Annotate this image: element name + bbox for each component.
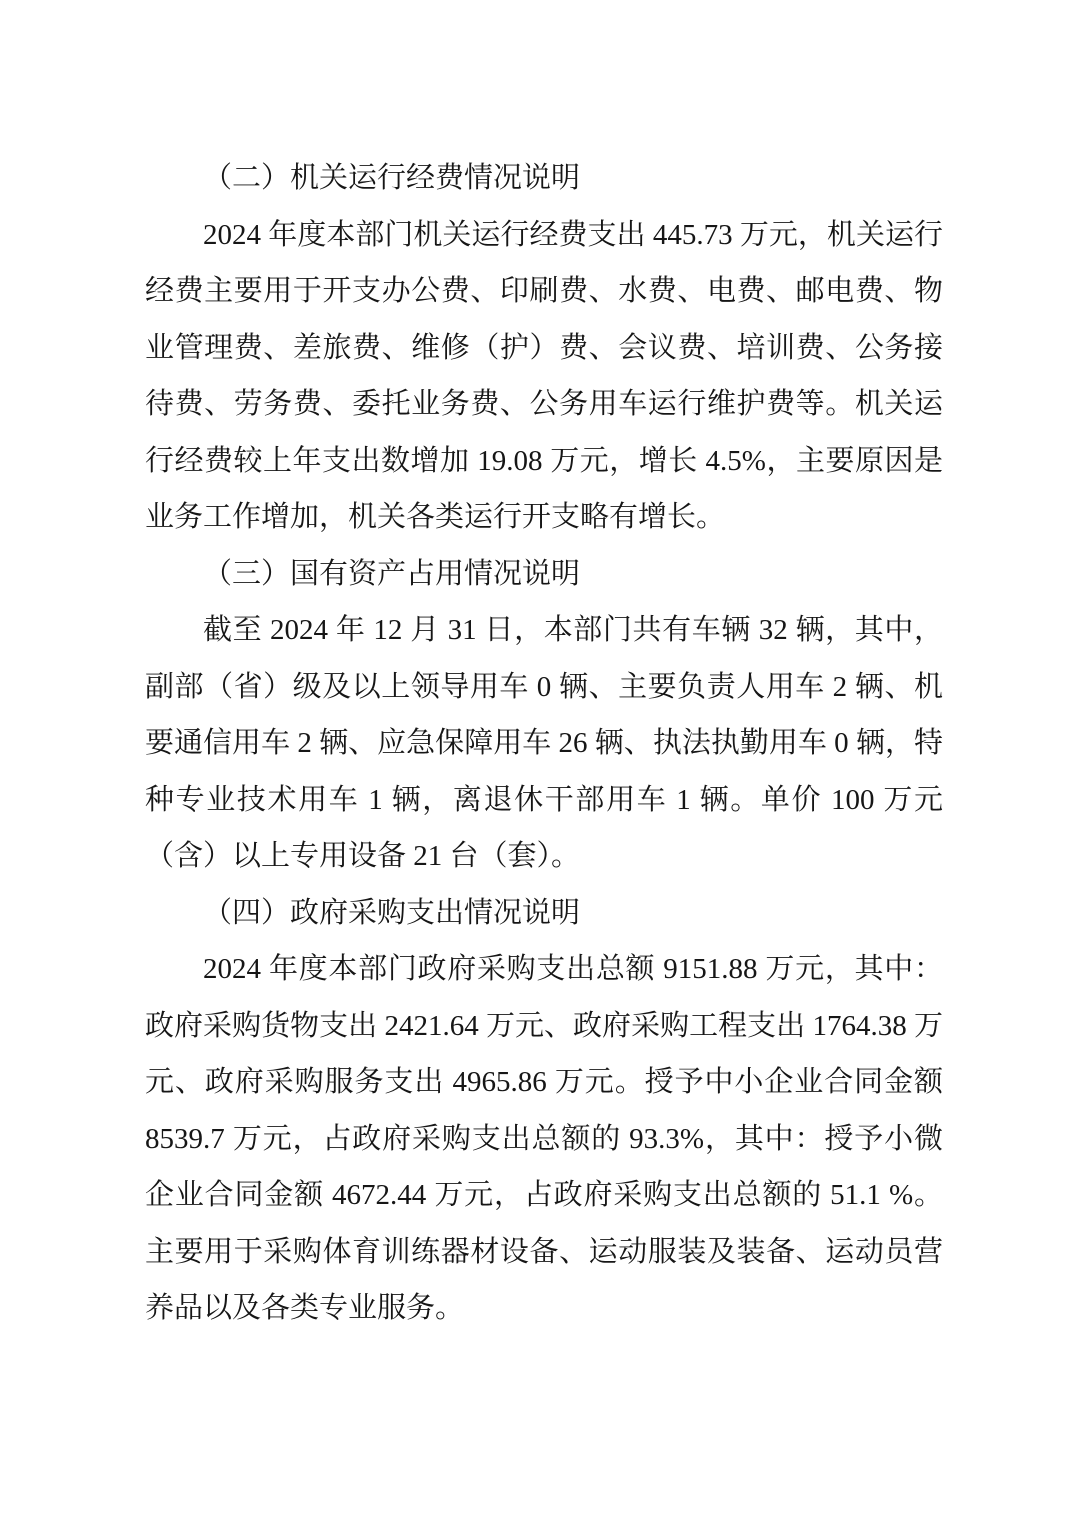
section-state-assets: （三）国有资产占用情况说明 截至 2024 年 12 月 31 日，本部门共有车… xyxy=(145,546,943,885)
paragraph-state-assets: 截至 2024 年 12 月 31 日，本部门共有车辆 32 辆，其中，副部（省… xyxy=(145,602,943,885)
section-heading-government-procurement: （四）政府采购支出情况说明 xyxy=(145,885,943,942)
section-government-procurement: （四）政府采购支出情况说明 2024 年度本部门政府采购支出总额 9151.88… xyxy=(145,885,943,1337)
section-operating-expenses: （二）机关运行经费情况说明 2024 年度本部门机关运行经费支出 445.73 … xyxy=(145,150,943,546)
paragraph-government-procurement: 2024 年度本部门政府采购支出总额 9151.88 万元，其中：政府采购货物支… xyxy=(145,941,943,1337)
document-page: （二）机关运行经费情况说明 2024 年度本部门机关运行经费支出 445.73 … xyxy=(0,0,1074,1520)
paragraph-operating-expenses: 2024 年度本部门机关运行经费支出 445.73 万元，机关运行经费主要用于开… xyxy=(145,207,943,546)
section-heading-state-assets: （三）国有资产占用情况说明 xyxy=(145,546,943,603)
section-heading-operating-expenses: （二）机关运行经费情况说明 xyxy=(145,150,943,207)
